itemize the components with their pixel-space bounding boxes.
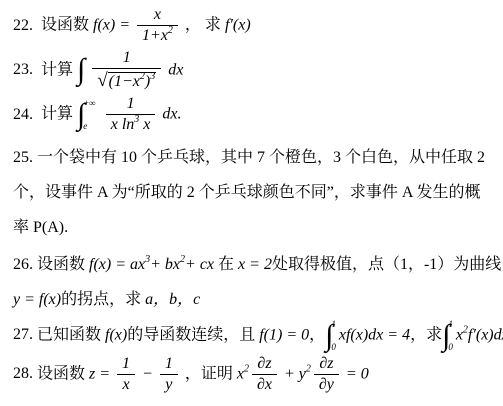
fraction-denominator: y [160,375,178,394]
denominator-base: 1+x [142,27,168,44]
fraction-denominator: ∂y [314,375,339,394]
math-x: x [456,326,463,343]
math-dx: dx [168,61,183,78]
question-22-mid-text: ， 求 [185,17,221,34]
partial-fraction: ∂z∂x [252,355,277,395]
question-27-lead-text: 已知函数 [37,326,101,343]
fraction: x 1+x2 [137,6,178,46]
question-26-lead-text: 设函数 [37,256,85,273]
question-24: 24. 计算 ∫+∞e 1 x ln3 x dx. [13,95,493,135]
fraction-numerator: 1 [106,95,156,115]
question-26-line-1: 26.设函数 f(x) = ax3+ bx2+ cx 在 x = 2处取得极值，… [13,247,493,282]
partial-fraction: ∂z∂y [314,355,339,395]
fraction-denominator: 1+x2 [137,26,178,45]
question-25-line-1: 25.一个袋中有 10 个乒乓球，其中 7 个橙色，3 个白色，从中任取 2 [13,140,493,175]
integral-sign: ∫ [77,55,85,85]
denominator-exponent: 3 [134,114,139,125]
question-26-line-2: y = f(x)的拐点，求 a，b，c [13,282,493,317]
integral-limits: 10 [331,320,336,352]
math-y: y [299,365,306,382]
integral-limits: +∞e [83,99,96,131]
question-22: 22. 设函数 f(x) = x 1+x2 ， 求 f′(x) [13,6,493,46]
fraction: 1 x ln3 x [106,95,156,135]
question-26-line2-text: 的拐点，求 [61,291,141,308]
denominator-exponent: 2 [168,25,173,36]
integral-lower-limit: e [83,122,96,131]
radicand: (1−x2)3 [108,72,157,90]
math-f-prime: f′(x) [225,17,251,34]
question-24-number: 24. [13,106,33,123]
question-23-lead-text: 计算 [41,61,73,78]
fraction-denominator: ∂x [252,375,277,394]
math-fx-equals: f(x) = [93,17,130,34]
math-f1-equals-0: f(1) = 0 [259,326,309,343]
integral-limits: 10 [448,320,453,352]
question-27-number: 27. [13,326,33,343]
math-x-equals-2: x = 2 [238,256,272,273]
fraction-numerator: ∂z [314,355,339,375]
question-25: 25.一个袋中有 10 个乒乓球，其中 7 个橙色，3 个白色，从中任取 2 个… [13,140,493,245]
square-root: √(1−x2)3 [97,73,156,90]
question-26-number: 26. [13,256,33,273]
fraction: 1 √(1−x2)3 [92,49,161,92]
radicand-base: (1−x [109,73,140,90]
question-25-text-3: 率 P(A). [13,219,68,236]
math-equals-0: = 0 [346,365,369,382]
math-abc: a，b，c [145,291,200,308]
question-27: 27.已知函数 f(x)的导函数连续，且 f(1) = 0，∫10xf(x)dx… [13,320,493,352]
fraction-numerator: 1 [160,355,178,375]
radicand-outer-exponent: 3 [150,71,155,82]
math-fx: f(x) [105,326,127,343]
fraction-denominator: x ln3 x [106,115,156,134]
denominator-base: x ln [111,116,135,133]
math-z-equals: z = [89,365,110,382]
text-zai: 在 [214,256,238,273]
plus-sign: + [284,365,295,382]
fraction-numerator: ∂z [252,355,277,375]
integral-upper-limit: +∞ [83,99,96,108]
math-xfx-dx-equals-4: xf(x)dx = 4 [339,326,410,343]
fraction-denominator: x [117,375,135,394]
question-23: 23. 计算 ∫ 1 √(1−x2)3 dx [13,49,493,92]
comma: ， [309,326,325,343]
question-22-number: 22. [13,17,33,34]
integral-upper-limit: 1 [331,320,336,329]
question-26: 26.设函数 f(x) = ax3+ bx2+ cx 在 x = 2处取得极值，… [13,247,493,317]
integral-lower-limit: 0 [331,343,336,352]
integral-lower-limit: 0 [448,343,453,352]
fraction: 1x [117,355,135,395]
question-25-number: 25. [13,149,33,166]
question-24-lead-text: 计算 [41,106,73,123]
math-x: x [237,365,244,382]
math-cubic-term: f(x) = ax [89,256,145,273]
math-fprime-dx: f′(x)dx [468,326,503,343]
exponent-2: 2 [244,363,249,374]
integral-upper-limit: 1 [448,320,453,329]
math-y-equals-fx: y = f(x) [13,291,61,308]
question-28-number: 28. [13,365,33,382]
question-25-line-3: 率 P(A). [13,210,493,245]
denominator-variable: x [143,116,150,133]
math-dx: dx. [162,106,181,123]
fraction-numerator: x [137,6,178,26]
fraction-numerator: 1 [92,49,161,69]
question-28: 28.设函数 z = 1x − 1y ，证明 x2∂z∂x + y2∂z∂y =… [13,355,493,395]
minus-sign: − [142,365,153,382]
question-23-number: 23. [13,61,33,78]
question-25-text-2: 个，设事件 A 为“所取的 2 个乒乓球颜色不同”，求事件 A 发生的概 [13,184,481,201]
math-quadratic-term: + bx [150,256,180,273]
question-25-text-1: 一个袋中有 10 个乒乓球，其中 7 个橙色，3 个白色，从中任取 2 [37,149,485,166]
question-27-tail-text: ，求 [410,326,442,343]
question-28-lead-text: 设函数 [37,365,85,382]
fraction: 1y [160,355,178,395]
radical-sign: √ [97,70,107,91]
math-linear-term: + cx [185,256,214,273]
document-page: 22. 设函数 f(x) = x 1+x2 ， 求 f′(x) 23. 计算 ∫… [0,0,503,395]
question-25-line-2: 个，设事件 A 为“所取的 2 个乒乓球颜色不同”，求事件 A 发生的概 [13,175,493,210]
fraction-numerator: 1 [117,355,135,375]
question-27-mid-text: 的导函数连续，且 [127,326,255,343]
question-28-mid-text: ，证明 [185,365,233,382]
fraction-denominator: √(1−x2)3 [92,69,161,92]
question-22-lead-text: 设函数 [41,17,89,34]
question-26-rest-text: 处取得极值，点（1，-1）为曲线 [272,256,501,273]
exponent-2: 2 [306,363,311,374]
